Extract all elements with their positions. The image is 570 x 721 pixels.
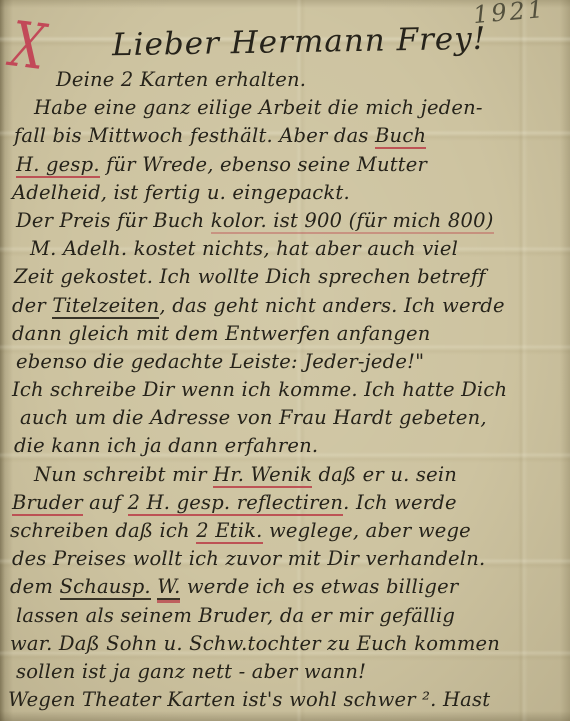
letter-line: Habe eine ganz eilige Arbeit die mich je…	[8, 94, 570, 122]
text-segment: fall bis Mittwoch festhält. Aber das	[14, 124, 375, 147]
text-segment: M. Adelh. kostet nichts, hat aber auch v…	[30, 237, 458, 260]
underlined-text: 2 H. gesp. reflectiren	[128, 491, 344, 516]
letter-line: Bruder auf 2 H. gesp. reflectiren. Ich w…	[8, 489, 570, 517]
salutation: Lieber Hermann Frey!	[112, 21, 487, 64]
letter-line: Zeit gekostet. Ich wollte Dich sprechen …	[8, 263, 570, 291]
text-segment: war. Daß Sohn u. Schw.tochter zu Euch ko…	[10, 632, 500, 655]
text-segment: Habe eine ganz eilige Arbeit die mich je…	[34, 96, 483, 119]
text-segment: werde ich es etwas billiger	[180, 575, 458, 598]
underlined-text: Schausp.	[60, 575, 151, 600]
underlined-text: W.	[157, 575, 180, 600]
text-segment: auf	[83, 491, 128, 514]
letter-line: die kann ich ja dann erfahren.	[8, 432, 570, 460]
underlined-text: H. gesp.	[16, 153, 100, 178]
text-segment: weglege, aber wege	[263, 519, 471, 542]
letter-line: schreiben daß ich 2 Etik. weglege, aber …	[8, 517, 570, 545]
text-segment: Adelheid, ist fertig u. eingepackt.	[12, 181, 350, 204]
letter-line: ebenso die gedachte Leiste: Jeder-jede!"	[8, 348, 570, 376]
letter-line: Deine 2 Karten erhalten.	[8, 66, 570, 94]
text-segment: . Ich werde	[343, 491, 457, 514]
letter-line: fall bis Mittwoch festhält. Aber das Buc…	[8, 122, 570, 150]
letter-line: H. gesp. für Wrede, ebenso seine Mutter	[8, 151, 570, 179]
letter-line: war. Daß Sohn u. Schw.tochter zu Euch ko…	[8, 630, 570, 658]
text-segment: Wegen Theater Karten ist's wohl schwer ²…	[8, 688, 490, 711]
text-segment: Zeit gekostet. Ich wollte Dich sprechen …	[14, 265, 486, 288]
text-segment: Nun schreibt mir	[34, 463, 213, 486]
text-segment: Ich schreibe Dir wenn ich komme. Ich hat…	[12, 378, 507, 401]
letter-line: dann gleich mit dem Entwerfen anfangen	[8, 320, 570, 348]
underlined-text: 2 Etik.	[196, 519, 262, 544]
text-segment: für Wrede, ebenso seine Mutter	[100, 153, 427, 176]
letter-line: auch um die Adresse von Frau Hardt gebet…	[8, 404, 570, 432]
underlined-text: Buch	[375, 124, 426, 149]
underlined-text: Bruder	[12, 491, 83, 516]
text-segment: dann gleich mit dem Entwerfen anfangen	[12, 322, 431, 345]
underlined-text: Titelzeiten	[52, 294, 159, 319]
letter-line: Adelheid, ist fertig u. eingepackt.	[8, 179, 570, 207]
text-segment: schreiben daß ich	[10, 519, 196, 542]
letter-line: Ich schreibe Dir wenn ich komme. Ich hat…	[8, 376, 570, 404]
text-segment: der	[12, 294, 52, 317]
letter-line: M. Adelh. kostet nichts, hat aber auch v…	[8, 235, 570, 263]
text-segment: , das geht nicht anders. Ich werde	[159, 294, 504, 317]
text-segment: lassen als seinem Bruder, da er mir gefä…	[16, 604, 455, 627]
letter-line: sollen ist ja ganz nett - aber wann!	[8, 658, 570, 686]
letter-line: dem Schausp. W. werde ich es etwas billi…	[8, 573, 570, 601]
text-segment: des Preises wollt ich zuvor mit Dir verh…	[12, 547, 485, 570]
handwritten-letter-page: X 1921 Lieber Hermann Frey! Deine 2 Kart…	[0, 0, 570, 721]
text-segment: Deine 2 Karten erhalten.	[56, 68, 306, 91]
letter-line: der Titelzeiten, das geht nicht anders. …	[8, 292, 570, 320]
letter-line: lassen als seinem Bruder, da er mir gefä…	[8, 602, 570, 630]
text-segment: die kann ich ja dann erfahren.	[14, 434, 318, 457]
text-segment: auch um die Adresse von Frau Hardt gebet…	[20, 406, 487, 429]
letter-line: Wegen Theater Karten ist's wohl schwer ²…	[8, 686, 570, 714]
text-segment: ebenso die gedachte Leiste: Jeder-jede!"	[16, 350, 424, 373]
letter-body: Deine 2 Karten erhalten.Habe eine ganz e…	[8, 66, 570, 714]
text-segment: sollen ist ja ganz nett - aber wann!	[16, 660, 366, 683]
text-segment: dem	[10, 575, 60, 598]
letter-line: Der Preis für Buch kolor. ist 900 (für m…	[8, 207, 570, 235]
underlined-text: Hr. Wenik	[213, 463, 312, 488]
letter-line: des Preises wollt ich zuvor mit Dir verh…	[8, 545, 570, 573]
underlined-text: kolor. ist 900 (für mich 800)	[211, 209, 494, 234]
text-segment: daß er u. sein	[312, 463, 457, 486]
text-segment: Der Preis für Buch	[16, 209, 211, 232]
letter-line: Nun schreibt mir Hr. Wenik daß er u. sei…	[8, 461, 570, 489]
